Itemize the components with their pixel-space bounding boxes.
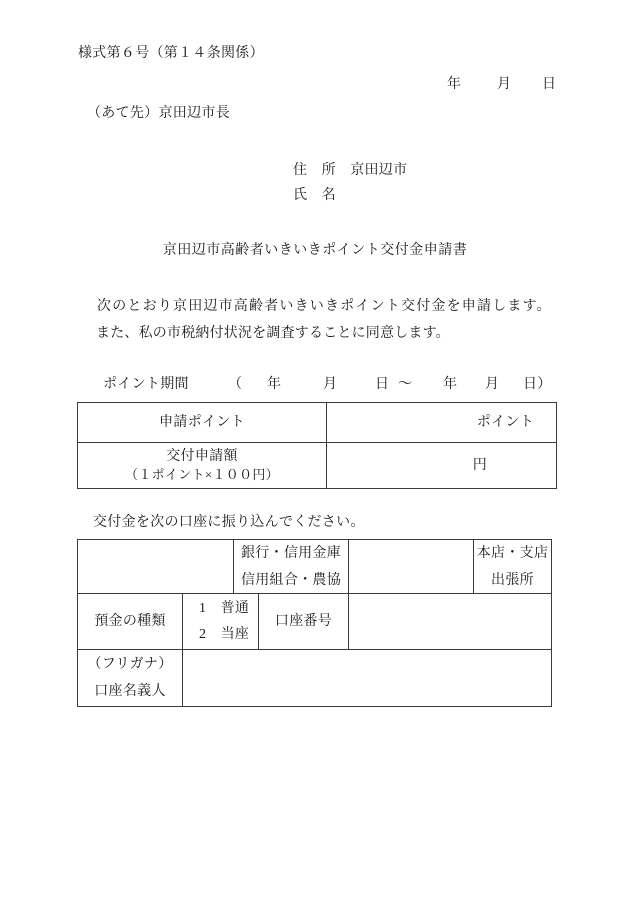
- point-period-label: ポイント期間: [103, 378, 189, 392]
- date-year-label: 年: [447, 78, 461, 92]
- account-holder-field[interactable]: [183, 650, 551, 706]
- point-period-end-month-label[interactable]: 月: [485, 378, 499, 392]
- bank-name-field[interactable]: [78, 540, 234, 594]
- point-table: 申請ポイント ポイント 交付申請額 （１ポイント×１００円） 円: [77, 402, 557, 489]
- applied-points-label-cell: 申請ポイント: [78, 403, 327, 443]
- bank-type-label-cell: 銀行・信用金庫 信用組合・農協: [234, 540, 349, 594]
- form-number: 様式第６号（第１４条関係）: [78, 47, 264, 61]
- date-month-label: 月: [497, 78, 511, 92]
- branch-type-line1: 本店・支店: [477, 540, 549, 567]
- grant-amount-label-cell: 交付申請額 （１ポイント×１００円）: [78, 443, 327, 488]
- grant-amount-field[interactable]: 円: [327, 443, 556, 488]
- deposit-type-label-cell: 預金の種類: [78, 594, 183, 650]
- body-text-line2: また、私の市税納付状況を調査することに同意します。: [96, 327, 450, 341]
- point-period-end-year-label[interactable]: 年: [443, 378, 457, 392]
- account-holder-label: 口座名義人: [94, 678, 166, 705]
- branch-type-label-cell: 本店・支店 出張所: [474, 540, 551, 594]
- applied-points-label: 申請ポイント: [159, 409, 245, 436]
- branch-name-field[interactable]: [349, 540, 474, 594]
- application-form-page: 様式第６号（第１４条関係） 年 月 日 （あて先）京田辺市長 住 所 京田辺市 …: [0, 0, 630, 903]
- account-number-label: 口座番号: [275, 608, 332, 635]
- body-text-line1: 次のとおり京田辺市高齢者いきいきポイント交付金を申請します。: [97, 300, 552, 314]
- grant-amount-label-line1: 交付申請額: [166, 448, 238, 466]
- applied-points-unit-label: ポイント: [477, 409, 534, 436]
- date-day-label: 日: [542, 78, 556, 92]
- bank-type-line2: 信用組合・農協: [241, 567, 341, 594]
- point-period-start-month-label[interactable]: 月: [323, 378, 337, 392]
- deposit-type-options-cell[interactable]: 1 普通 2 当座: [183, 594, 259, 650]
- applicant-name-line[interactable]: 氏 名: [293, 189, 336, 203]
- deposit-option-current[interactable]: 2 当座: [199, 622, 249, 648]
- deposit-option-ordinary[interactable]: 1 普通: [199, 596, 249, 622]
- account-holder-label-cell: （フリガナ） 口座名義人: [78, 650, 183, 706]
- point-period-start-year-label[interactable]: 年: [267, 378, 281, 392]
- grant-amount-label-line2: （１ポイント×１００円）: [125, 466, 279, 484]
- account-number-label-cell: 口座番号: [259, 594, 349, 650]
- bank-type-line1: 銀行・信用金庫: [241, 540, 341, 567]
- applied-points-field[interactable]: ポイント: [327, 403, 556, 443]
- furigana-label: （フリガナ）: [87, 651, 172, 678]
- branch-type-line2: 出張所: [491, 567, 534, 594]
- applicant-address-line[interactable]: 住 所 京田辺市: [293, 164, 407, 178]
- grant-amount-unit-label: 円: [473, 452, 487, 479]
- point-period-start-day-label[interactable]: 日: [375, 378, 389, 392]
- point-period-open-paren: （: [228, 378, 242, 392]
- transfer-instruction: 交付金を次の口座に振り込んでください。: [93, 516, 365, 530]
- deposit-type-label: 預金の種類: [94, 608, 166, 635]
- point-period-end-day-label[interactable]: 日）: [523, 378, 552, 392]
- addressee-line: （あて先）京田辺市長: [87, 107, 230, 121]
- account-number-field[interactable]: [349, 594, 551, 650]
- point-period-tilde: ～: [398, 378, 412, 392]
- bank-account-table: 銀行・信用金庫 信用組合・農協 本店・支店 出張所 預金の種類 1 普通 2 当…: [77, 539, 552, 707]
- document-title: 京田辺市高齢者いきいきポイント交付金申請書: [0, 244, 630, 258]
